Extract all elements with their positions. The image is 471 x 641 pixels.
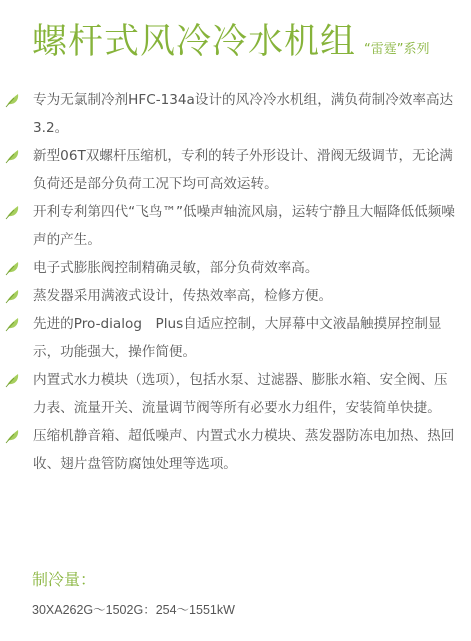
feature-item: 先进的Pro-dialog Plus自适应控制，大屏幕中文液晶触摸屏控制显示，功… [0, 310, 471, 366]
feature-text: 内置式水力模块（选项），包括水泵、过滤器、膨胀水箱、安全阀、压力表、流量开关、流… [33, 372, 448, 416]
capacity-label: 制冷量： [32, 567, 96, 590]
feature-item: 内置式水力模块（选项），包括水泵、过滤器、膨胀水箱、安全阀、压力表、流量开关、流… [0, 366, 471, 422]
feature-text: 压缩机静音箱、超低噪声、内置式水力模块、蒸发器防冻电加热、热回收、翅片盘管防腐蚀… [33, 428, 454, 472]
series-subtitle: “雷霆”系列 [364, 38, 429, 57]
feature-text: 专为无氯制冷剂HFC-134a设计的风冷冷水机组，满负荷制冷效率高达3.2。 [33, 92, 453, 136]
title-row: 螺杆式风冷冷水机组 “雷霆”系列 [32, 18, 430, 66]
feature-item: 蒸发器采用满液式设计，传热效率高，检修方便。 [0, 282, 471, 310]
leaf-icon [4, 428, 20, 444]
feature-text: 开利专利第四代“飞鸟™”低噪声轴流风扇，运转宁静且大幅降低低频噪声的产生。 [33, 204, 455, 248]
feature-item: 开利专利第四代“飞鸟™”低噪声轴流风扇，运转宁静且大幅降低低频噪声的产生。 [0, 198, 471, 254]
feature-text: 蒸发器采用满液式设计，传热效率高，检修方便。 [33, 288, 332, 304]
feature-item: 压缩机静音箱、超低噪声、内置式水力模块、蒸发器防冻电加热、热回收、翅片盘管防腐蚀… [0, 422, 471, 478]
capacity-value: 30XA262G～1502G：254～1551kW [32, 600, 235, 618]
feature-text: 先进的Pro-dialog Plus自适应控制，大屏幕中文液晶触摸屏控制显示，功… [33, 316, 442, 360]
leaf-icon [4, 288, 20, 304]
feature-list: 专为无氯制冷剂HFC-134a设计的风冷冷水机组，满负荷制冷效率高达3.2。 新… [0, 86, 471, 478]
feature-text: 电子式膨胀阀控制精确灵敏，部分负荷效率高。 [33, 260, 318, 276]
feature-item: 新型06T双螺杆压缩机，专利的转子外形设计、滑阀无级调节，无论满负荷还是部分负荷… [0, 142, 471, 198]
feature-item: 专为无氯制冷剂HFC-134a设计的风冷冷水机组，满负荷制冷效率高达3.2。 [0, 86, 471, 142]
leaf-icon [4, 204, 20, 220]
leaf-icon [4, 316, 20, 332]
leaf-icon [4, 372, 20, 388]
feature-text: 新型06T双螺杆压缩机，专利的转子外形设计、滑阀无级调节，无论满负荷还是部分负荷… [33, 148, 453, 192]
page-title: 螺杆式风冷冷水机组 [32, 18, 356, 66]
feature-item: 电子式膨胀阀控制精确灵敏，部分负荷效率高。 [0, 254, 471, 282]
leaf-icon [4, 260, 20, 276]
leaf-icon [4, 148, 20, 164]
leaf-icon [4, 92, 20, 108]
